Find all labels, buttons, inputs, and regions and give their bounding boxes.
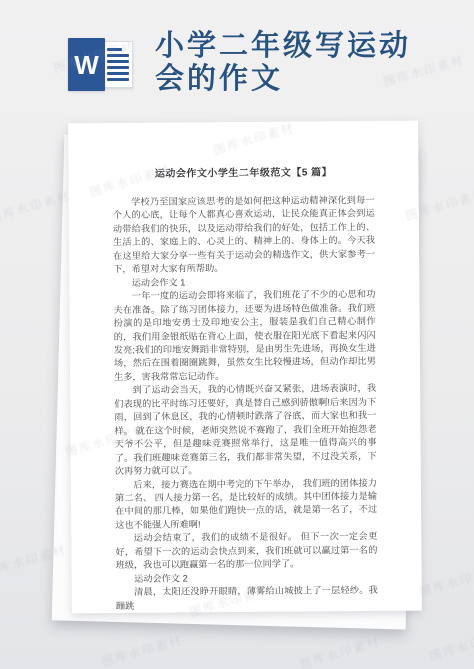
page-title-line: 小学二年级写运动 bbox=[155, 30, 455, 63]
word-icon: W bbox=[68, 37, 137, 92]
doc-paragraph: 学校乃至国家应该思考的是如何把这种运动精神深化到每一个人的心底，让每个人都真心喜… bbox=[113, 194, 376, 277]
document-title: 运动会作文小学生二年级范文【5 篇】 bbox=[112, 163, 374, 180]
word-document-sheet-icon bbox=[103, 41, 133, 88]
page-title-line: 会的作文 bbox=[155, 63, 455, 96]
doc-paragraph: 一年一度的运动会即将来临了，我们班花了不少的心思和功夫在准备。除了练习团体接力，… bbox=[113, 288, 376, 384]
page-title: 小学二年级写运动会的作文 bbox=[155, 30, 455, 96]
watermark-text: 图库水印素材 bbox=[417, 561, 474, 600]
document-content: 运动会作文小学生二年级范文【5 篇】 学校乃至国家应该思考的是如何把这种运动精神… bbox=[68, 121, 422, 614]
document-body: 学校乃至国家应该思考的是如何把这种运动精神深化到每一个人的心底，让每个人都真心喜… bbox=[113, 194, 378, 613]
paper-sheet-front: 运动会作文小学生二年级范文【5 篇】 学校乃至国家应该思考的是如何把这种运动精神… bbox=[68, 121, 422, 614]
word-logo-panel: W bbox=[68, 38, 105, 91]
doc-paragraph: 运动会结束了，我们的成绩不是很好。 但下一次一定会更好，希望下一次的运动会快点到… bbox=[115, 530, 377, 572]
watermark-text: 图库水印素材 bbox=[297, 633, 382, 669]
watermark-text: 图库水印素材 bbox=[99, 631, 184, 669]
header: W 小学二年级写运动会的作文 bbox=[0, 0, 474, 120]
word-logo-letter: W bbox=[74, 52, 99, 78]
doc-paragraph: 后来，接力赛选在期中考完的下午举办， 我们班的团体接力第二名、 四人接力第一名，… bbox=[115, 476, 377, 532]
doc-paragraph: 清晨，太阳还没睁开眼睛，薄雾给山城披上了一层轻纱。我蹦跳 bbox=[116, 584, 378, 613]
watermark-text: 图库水印素材 bbox=[427, 625, 474, 664]
doc-paragraph: 到了运动会当天，我的心情既兴奋又紧张，进场表演时，我们表现的比平时练习还要好，真… bbox=[114, 382, 377, 478]
page-preview: W 小学二年级写运动会的作文 运动会作文小学生二年级范文【5 篇】 学校乃至国家… bbox=[0, 0, 474, 669]
